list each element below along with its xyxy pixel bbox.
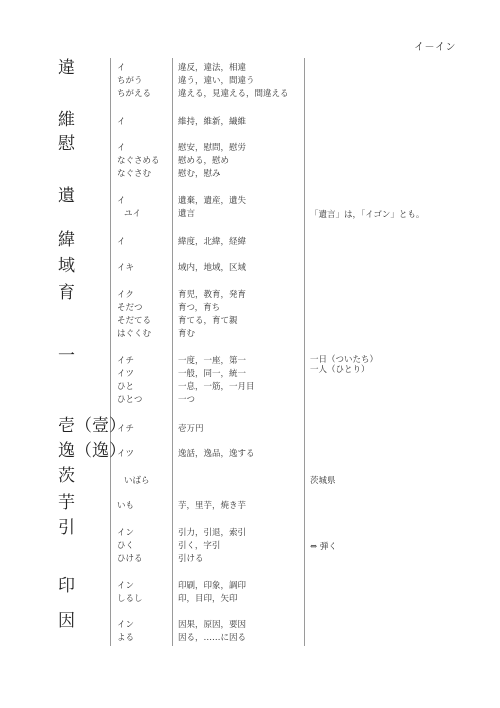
- reading: イキ: [117, 262, 134, 275]
- reading: イ: [117, 195, 126, 208]
- reading: よる: [117, 632, 134, 645]
- example-words: 一度，一座，第一: [178, 355, 246, 368]
- kanji-headword: 維: [58, 110, 75, 130]
- reading: ちがう: [117, 75, 143, 88]
- reading: いも: [117, 500, 134, 513]
- remark-note: 茨城県: [310, 476, 336, 487]
- example-words: 印刷，印象，調印: [178, 580, 246, 593]
- reading: ひける: [117, 553, 143, 566]
- example-words: 慰安，慰問，慰労: [178, 142, 246, 155]
- example-words: 慰める，慰め: [178, 155, 229, 168]
- kanji-headword: 緯: [58, 230, 75, 250]
- reading: イ: [117, 142, 126, 155]
- reading: イ: [117, 62, 126, 75]
- reading: はぐくむ: [117, 328, 151, 341]
- column-divider-example: [304, 58, 305, 646]
- example-words: 引ける: [178, 553, 204, 566]
- kanji-headword: 引: [58, 518, 75, 538]
- reading: ひとつ: [117, 394, 142, 407]
- reading: しるし: [117, 593, 143, 606]
- example-words: 一つ: [178, 394, 195, 407]
- kanji-headword: 違: [58, 58, 75, 78]
- kanji-headword: 育: [58, 283, 75, 303]
- example-words: 一息，一筋，一月目: [178, 381, 255, 394]
- example-words: 域内，地域，区域: [178, 262, 246, 275]
- remark-note: 一人（ひとり）: [310, 365, 370, 376]
- example-words: 緯度，北緯，経緯: [178, 236, 246, 249]
- example-words: 芋，里芋，焼き芋: [178, 500, 246, 513]
- example-words: 違う，違い，間違う: [178, 75, 255, 88]
- example-words: 育つ，育ち: [178, 302, 220, 315]
- reading: なぐさむ: [117, 168, 151, 181]
- reading: イツ: [117, 368, 134, 381]
- example-words: 逸話，逸品，逸する: [178, 448, 255, 461]
- reading: そだてる: [117, 315, 151, 328]
- reading: イ: [117, 116, 126, 129]
- reading: イン: [117, 580, 134, 593]
- example-words: 育児，教育，発育: [178, 289, 246, 302]
- reading: ひく: [117, 540, 134, 553]
- reading: イン: [117, 619, 134, 632]
- example-words: 引く，字引: [178, 540, 220, 553]
- kanji-headword: 慰: [58, 134, 75, 154]
- kanji-headword: 因: [58, 611, 75, 631]
- example-words: 育てる，育て親: [178, 315, 238, 328]
- kanji-headword: 印: [58, 576, 75, 596]
- page-header-range: イ－イン: [414, 38, 456, 53]
- reading: ちがえる: [117, 88, 151, 101]
- example-words: 印，目印，矢印: [178, 593, 238, 606]
- reading: イチ: [117, 423, 134, 436]
- reading: イク: [117, 289, 134, 302]
- example-words: 違反，違法，相違: [178, 62, 246, 75]
- reading: そだつ: [117, 302, 143, 315]
- kanji-headword: 茨: [58, 466, 75, 486]
- reading: いばら: [124, 475, 150, 488]
- example-words: 育む: [178, 328, 195, 341]
- example-words: 一般，同一，統一: [178, 368, 246, 381]
- reading: なぐさめる: [117, 155, 160, 168]
- reading: イン: [117, 527, 134, 540]
- example-words: 因果，原因，要因: [178, 619, 246, 632]
- kanji-headword: 域: [58, 256, 75, 276]
- kanji-headword: 一: [58, 346, 75, 366]
- example-words: 維持，維新，繊維: [178, 116, 246, 129]
- remark-note: ⇔ 弾く: [310, 542, 337, 553]
- reading: イツ: [117, 448, 134, 461]
- reading: イチ: [117, 355, 134, 368]
- example-words: 遺棄，遺産，遺失: [178, 195, 246, 208]
- example-words: 引力，引退，索引: [178, 527, 246, 540]
- example-words: 壱万円: [178, 423, 204, 436]
- example-words: 違える，見違える，間違える: [178, 88, 289, 101]
- example-words: 遺言: [178, 208, 195, 221]
- kanji-headword: 壱（壹）: [58, 416, 126, 436]
- remark-note: 「遺言」は，「イゴン」とも。: [310, 210, 424, 221]
- kanji-headword: 芋: [58, 493, 75, 513]
- column-divider-kanji: [110, 58, 111, 646]
- kanji-headword: 逸（逸）: [58, 441, 126, 461]
- reading: イ: [117, 236, 126, 249]
- reading: ユイ: [124, 208, 141, 221]
- column-divider-reading: [172, 58, 173, 646]
- kanji-headword: 遺: [58, 186, 75, 206]
- example-words: 慰む，慰み: [178, 168, 221, 181]
- example-words: 因る，……に因る: [178, 632, 246, 645]
- reading: ひと: [117, 381, 134, 394]
